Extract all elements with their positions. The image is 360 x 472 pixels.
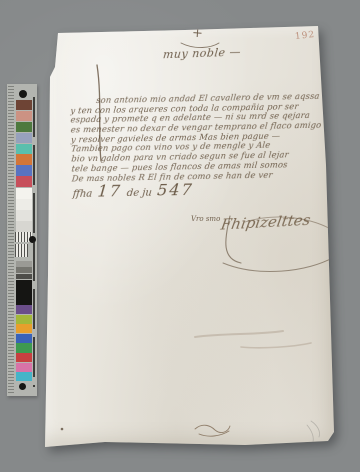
- archival-bottom-mark: [195, 425, 230, 436]
- signature: Fhipizelttes: [220, 211, 312, 234]
- color-patch: [16, 363, 32, 372]
- gray-wedge: [16, 188, 32, 232]
- pencil-scribble: [307, 421, 320, 442]
- date-year: 547: [156, 180, 194, 200]
- gray-wedge-step: [16, 188, 32, 199]
- color-patch: [16, 334, 32, 343]
- target-micro-label: [15, 244, 28, 257]
- ink-flourishes: [45, 25, 335, 447]
- gray-wedge-step: [16, 210, 32, 221]
- date-word: de ju: [126, 188, 152, 199]
- paper-sheet: 192 + muy noble — son antonio mio andad …: [45, 25, 335, 447]
- color-patch: [16, 343, 32, 352]
- color-patch: [16, 111, 32, 121]
- color-patch: [16, 353, 32, 362]
- date-word: ffha: [72, 189, 92, 200]
- color-patch: [16, 144, 32, 154]
- dark-gray-steps: [16, 261, 32, 280]
- gray-step: [16, 261, 32, 267]
- target-ruler-markings: [8, 86, 14, 394]
- gray-wedge-step: [16, 221, 32, 232]
- color-patch: [16, 324, 32, 333]
- date-day: 17: [97, 181, 123, 200]
- color-calibration-target: [7, 84, 37, 396]
- manuscript-body: son antonio mio andad El cavallero de vm…: [70, 91, 326, 183]
- closing-salutation: Vro smo: [191, 215, 220, 223]
- manuscript-page: 192 + muy noble — son antonio mio andad …: [45, 25, 335, 447]
- date-line: ffha 17 de ju 547: [72, 180, 194, 201]
- gray-wedge-step: [16, 199, 32, 210]
- color-patch: [16, 315, 32, 324]
- registration-dot-top: [19, 90, 27, 98]
- color-patch: [16, 305, 32, 314]
- archival-photo: 192 + muy noble — son antonio mio andad …: [0, 0, 360, 472]
- cross-mark: +: [191, 26, 203, 42]
- folio-number: 192: [295, 30, 316, 42]
- color-patch: [16, 165, 32, 175]
- color-patch: [16, 100, 32, 110]
- ink-speck: [61, 428, 64, 431]
- color-patch-column-top: [16, 100, 32, 187]
- target-divider-line: [33, 97, 35, 387]
- invocation-heading: muy noble —: [162, 46, 241, 62]
- gray-step: [16, 274, 32, 280]
- color-patch: [16, 154, 32, 164]
- color-patch-column-bottom: [16, 305, 32, 382]
- registration-dot-bottom: [19, 383, 26, 390]
- color-patch: [16, 176, 32, 186]
- color-patch: [16, 122, 32, 132]
- color-patch: [16, 372, 32, 381]
- color-patch: [16, 133, 32, 143]
- black-patch: [16, 280, 32, 305]
- gray-step: [16, 267, 32, 273]
